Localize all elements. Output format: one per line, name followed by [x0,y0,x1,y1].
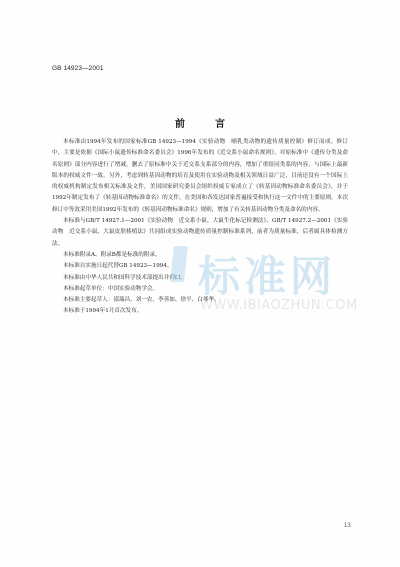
foreword-body: 本标准由1994年发布的国家标准GB 14923—1994《实验动物 哺乳类动物… [52,137,348,318]
document-page: GB 14923—2001 前言 本标准由1994年发布的国家标准GB 1492… [0,0,400,567]
page-title: 前言 [0,115,400,130]
paragraph-proposed-by: 本标准由中华人民共和国科学技术部提出并归口。 [52,273,348,284]
paragraph-drafting-unit: 本标准起草单位：中国实验动物学会。 [52,284,348,295]
paragraph-appendices: 本标准附录A、附录B都是标准的附录。 [52,250,348,261]
paragraph-related-standards: 本标准与GB/T 14927.1—2001《实验动物 近交系小鼠、大鼠生化标记检… [52,216,348,250]
paragraph-first-issued: 本标准于1994年1月首次发布。 [52,306,348,317]
page-number: 13 [344,523,351,529]
paragraph-replaces: 本标准自实施日起代替GB 14923—1994。 [52,261,348,272]
standard-code: GB 14923—2001 [52,65,104,72]
title-char-2: 言 [215,119,225,130]
title-char-1: 前 [175,119,185,130]
paragraph-revision-basis: 本标准由1994年发布的国家标准GB 14923—1994《实验动物 哺乳类动物… [52,137,348,216]
paragraph-drafters: 本标准主要起草人：邵瑞昌、刘一农、李善如、徐平、白琴华。 [52,295,348,306]
